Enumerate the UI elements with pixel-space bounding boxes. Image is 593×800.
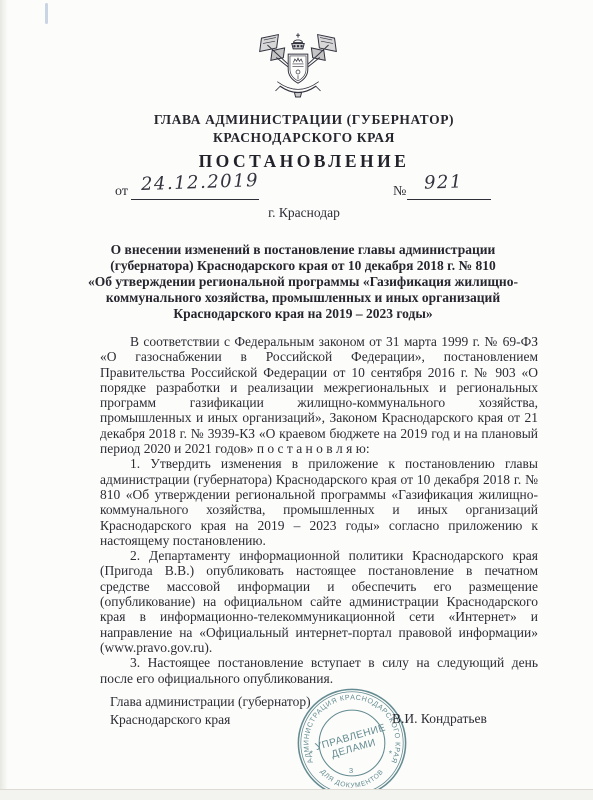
title-line: Краснодарского края на 2019 – 2023 годы» [64, 306, 542, 322]
number-label: № [393, 184, 406, 200]
scan-edge-bottom [0, 789, 593, 800]
scan-artifact-mark [45, 3, 48, 24]
document-type-heading: ПОСТАНОВЛЕНИЕ [14, 151, 593, 172]
title-line: (губернатора) Краснодарского края от 10 … [64, 258, 542, 274]
title-line: коммунального хозяйства, промышленных и … [64, 290, 542, 306]
handwritten-date: 24.12.2019 [141, 170, 260, 195]
date-label: от [115, 184, 128, 200]
paragraph-item-3: 3. Настоящее постановление вступает в си… [100, 655, 538, 686]
scan-edge-left [0, 0, 8, 800]
stamp-number: 3 [349, 766, 353, 775]
title-line: «Об утверждении региональной программы «… [64, 274, 542, 290]
krasnodar-krai-coat-of-arms-icon [253, 31, 343, 113]
paragraph-preamble: В соответствии с Федеральным законом от … [100, 334, 538, 456]
decree-title: О внесении изменений в постановление гла… [64, 242, 542, 322]
date-underline [131, 199, 259, 200]
org-name-line1: ГЛАВА АДМИНИСТРАЦИИ (ГУБЕРНАТОР) [14, 112, 593, 128]
scanned-decree-page: ГЛАВА АДМИНИСТРАЦИИ (ГУБЕРНАТОР) КРАСНОД… [0, 0, 593, 800]
title-line: О внесении изменений в постановление гла… [64, 242, 542, 258]
paragraph-item-1: 1. Утвердить изменения в приложение к по… [100, 456, 538, 548]
number-underline [407, 199, 491, 200]
org-name-line2: КРАСНОДАРСКОГО КРАЯ [14, 130, 593, 146]
city-line: г. Краснодар [14, 205, 593, 221]
official-round-stamp: АДМИНИСТРАЦИЯ КРАСНОДАРСКОГО КРАЯ ДЛЯ ДО… [295, 686, 409, 800]
decree-body: В соответствии с Федеральным законом от … [100, 334, 538, 686]
handwritten-number: 921 [424, 171, 464, 193]
paragraph-item-2: 2. Департаменту информационной политики … [100, 548, 538, 655]
